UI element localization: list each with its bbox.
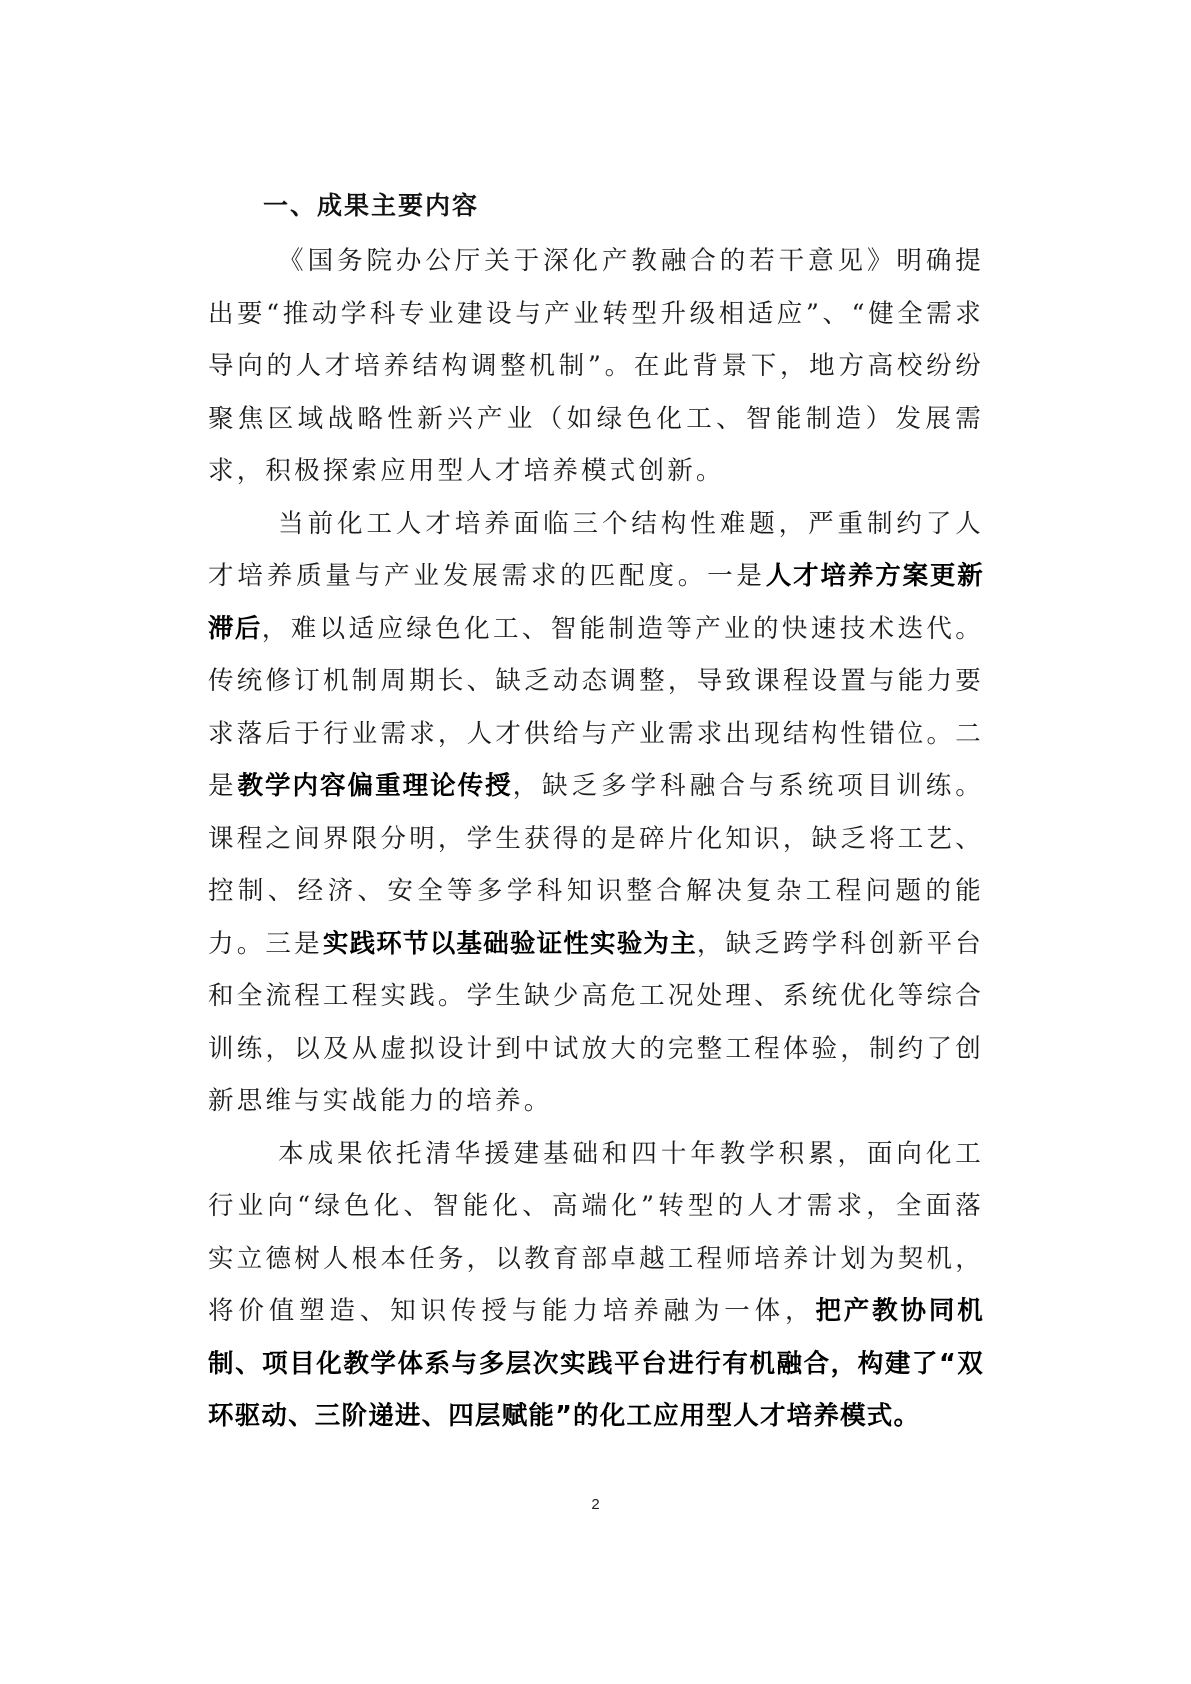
document-page: 一、成果主要内容 《国务院办公厅关于深化产教融合的若干意见》明确提出要“推动学科… — [0, 0, 1191, 1684]
section-heading: 一、成果主要内容 — [208, 183, 984, 229]
paragraph-text: 《国务院办公厅关于深化产教融合的若干意见》明确提出要“推动学科专业建设与产业转型… — [208, 246, 984, 486]
bold-emphasis: 教学内容偏重理论传授 — [238, 771, 513, 801]
bold-emphasis: 实践环节以基础验证性实验为主 — [323, 929, 697, 959]
paragraph-achievement: 本成果依托清华援建基础和四十年教学积累，面向化工行业向“绿色化、智能化、高端化”… — [208, 1128, 984, 1443]
document-body: 一、成果主要内容 《国务院办公厅关于深化产教融合的若干意见》明确提出要“推动学科… — [208, 183, 984, 1443]
page-number: 2 — [0, 1496, 1191, 1513]
paragraph-problems: 当前化工人才培养面临三个结构性难题，严重制约了人才培养质量与产业发展需求的匹配度… — [208, 498, 984, 1128]
paragraph-background: 《国务院办公厅关于深化产教融合的若干意见》明确提出要“推动学科专业建设与产业转型… — [208, 235, 984, 498]
